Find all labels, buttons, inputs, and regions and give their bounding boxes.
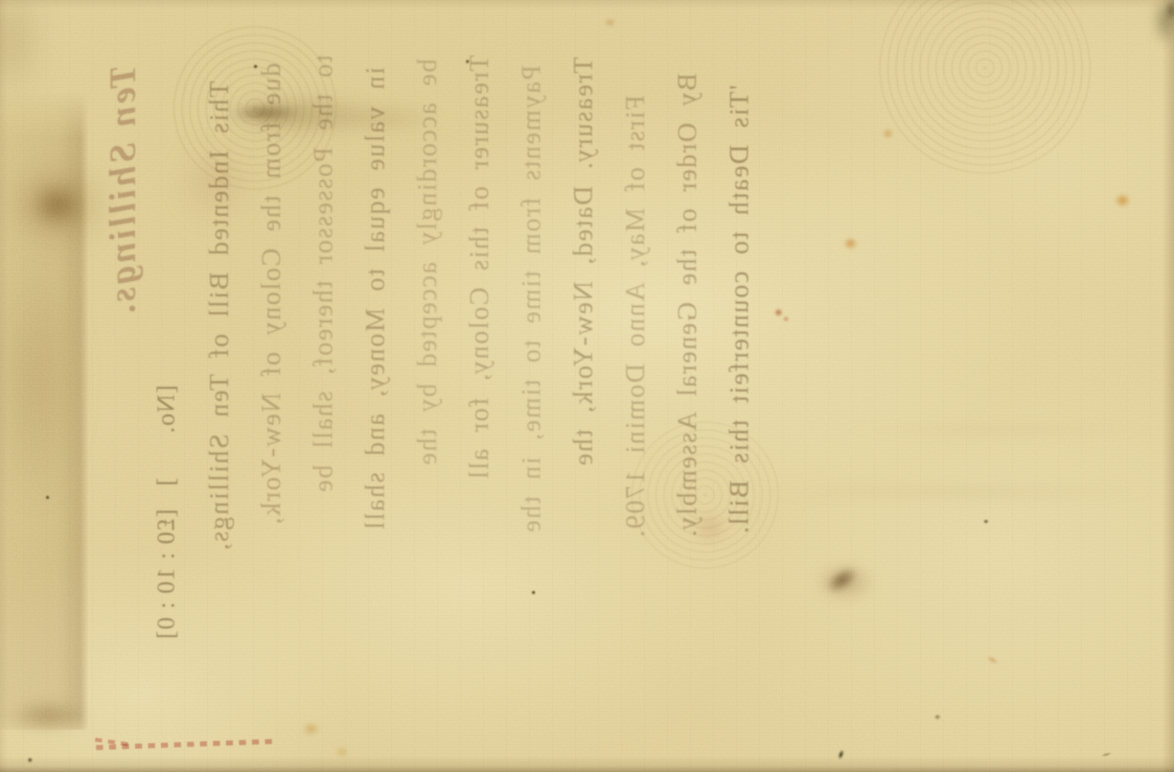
bleed-body-line: This Indented Bill of Ten Shillings, [193, 81, 245, 715]
bleed-body-line: Payments from time to time, in the [505, 65, 557, 715]
mirrored-note-content: Ten Shillings. [No. ] [£0 : 10 : 0] This… [100, 55, 790, 715]
bleed-no-label: [No. ] [153, 385, 181, 487]
bleed-body-line: First of May, Anno Domini 1709. [609, 95, 661, 715]
bleed-serial-line: [No. ] [£0 : 10 : 0] [153, 55, 181, 715]
bleed-body-line: 'Tis Death to counterfeit this Bill. [713, 85, 765, 715]
left-residue-band [0, 92, 88, 730]
scan-of-aged-paper: Ten Shillings. [No. ] [£0 : 10 : 0] This… [0, 0, 1174, 772]
bleed-value-label: [£0 : 10 : 0] [153, 509, 181, 640]
bleed-body-line: By Order of the General Assembly. [661, 73, 713, 715]
bleed-body-line: be accordingly accepted by the [401, 59, 453, 715]
bleed-body-lines: This Indented Bill of Ten Shillings,due … [193, 55, 765, 715]
bleed-body-line: due from the Colony of New-York, [245, 63, 297, 715]
bleed-heading-ten-shillings: Ten Shillings. [102, 65, 145, 715]
bleed-body-line: Treasurer of this Colony, for all [453, 55, 505, 715]
bleedthrough-text-block: Ten Shillings. [No. ] [£0 : 10 : 0] This… [100, 55, 790, 715]
bleed-body-line: Treasury. Dated, New-York, the [557, 57, 609, 715]
bleed-body-line: to the Possessor thereof, shall be [297, 55, 349, 715]
bleed-body-line: in value equal to Money, and shall [349, 67, 401, 715]
